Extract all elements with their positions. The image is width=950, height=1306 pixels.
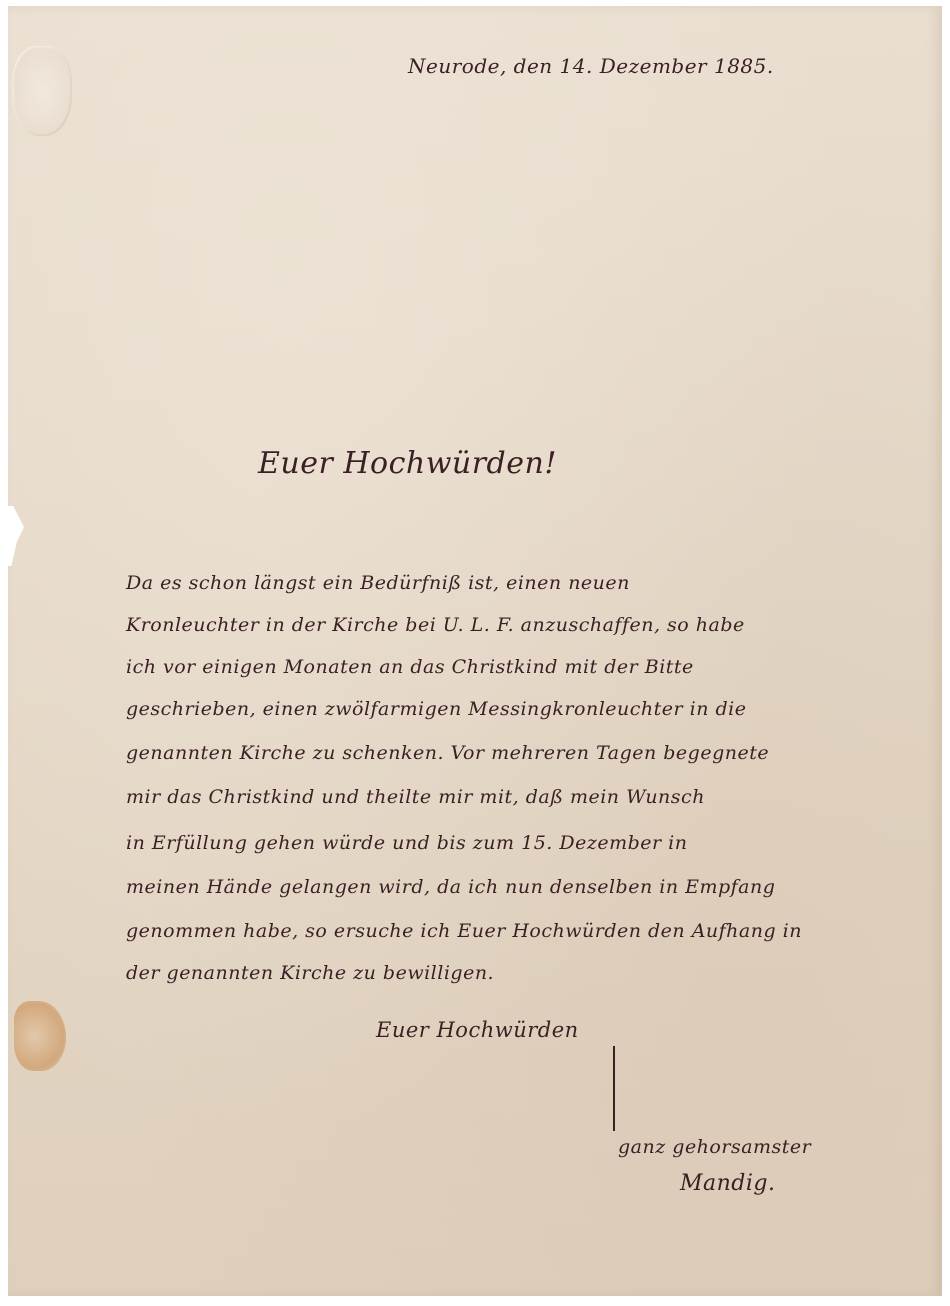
salutation: Euer Hochwürden!	[258, 446, 557, 481]
closing: Euer Hochwürden	[376, 1018, 579, 1042]
regards: ganz gehorsamster	[618, 1136, 811, 1158]
body-line: genannten Kirche zu schenken. Vor mehrer…	[126, 742, 769, 764]
body-line: mir das Christkind und theilte mir mit, …	[126, 786, 705, 808]
letter-page: Neurode, den 14. Dezember 1885. Euer Hoc…	[8, 6, 942, 1296]
dateline: Neurode, den 14. Dezember 1885.	[408, 54, 774, 78]
body-line: ich vor einigen Monaten an das Christkin…	[126, 656, 694, 678]
signature-divider-line	[613, 1046, 615, 1131]
rust-stain	[14, 1001, 66, 1071]
body-line: Kronleuchter in der Kirche bei U. L. F. …	[126, 614, 745, 636]
embossed-seal-icon	[12, 46, 72, 136]
body-line: geschrieben, einen zwölfarmigen Messingk…	[126, 698, 746, 720]
torn-edge	[6, 506, 24, 566]
signature: Mandig.	[680, 1171, 776, 1196]
body-line: in Erfüllung gehen würde und bis zum 15.…	[126, 832, 687, 854]
body-line: der genannten Kirche zu bewilligen.	[126, 962, 494, 984]
body-line: genommen habe, so ersuche ich Euer Hochw…	[126, 920, 802, 942]
body-line: meinen Hände gelangen wird, da ich nun d…	[126, 876, 775, 898]
body-line: Da es schon längst ein Bedürfniß ist, ei…	[126, 572, 630, 594]
